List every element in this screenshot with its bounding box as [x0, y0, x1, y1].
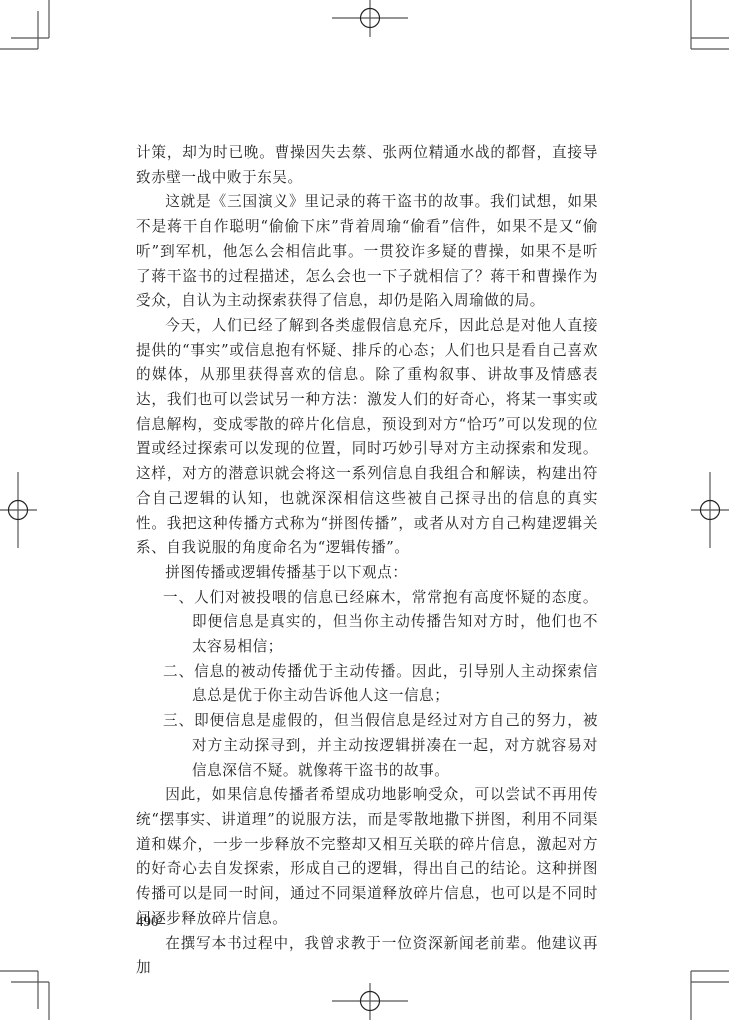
registration-mark-bottom-icon — [332, 983, 408, 1020]
paragraph: 这就是《三国演义》里记录的蒋干盗书的故事。我们试想，如果不是蒋干自作聪明“偷偷下… — [136, 190, 598, 314]
paragraph: 计策，却为时已晚。曹操因失去蔡、张两位精通水战的都督，直接导致赤壁一战中败于东吴… — [136, 141, 598, 190]
numbered-list: 一、人们对被投喂的信息已经麻木，常常抱有高度怀疑的态度。即便信息是真实的，但当你… — [136, 586, 598, 784]
paragraph: 因此，如果信息传播者希望成功地影响受众，可以尝试不再用传统“摆事实、讲道理”的说… — [136, 783, 598, 931]
crop-mark-top-left-icon — [0, 0, 49, 49]
list-item-text: 信息的被动传播优于主动传播。因此，引导别人主动探索信息总是优于你主动告诉他人这一… — [192, 663, 598, 705]
paragraph: 在撰写本书过程中，我曾求教于一位资深新闻老前辈。他建议再加 — [136, 932, 598, 981]
list-item-text: 人们对被投喂的信息已经麻木，常常抱有高度怀疑的态度。即便信息是真实的，但当你主动… — [192, 589, 598, 655]
list-item-number: 一、 — [163, 589, 194, 606]
list-item: 一、人们对被投喂的信息已经麻木，常常抱有高度怀疑的态度。即便信息是真实的，但当你… — [136, 586, 598, 660]
registration-mark-right-icon — [691, 472, 729, 548]
list-item-text: 即便信息是虚假的，但当假信息是经过对方自己的努力，被对方主动探寻到，并主动按逻辑… — [192, 712, 598, 778]
registration-mark-top-icon — [332, 0, 408, 37]
crop-mark-bottom-right-icon — [691, 971, 729, 1020]
list-item-number: 二、 — [163, 663, 194, 680]
registration-mark-left-icon — [0, 472, 37, 548]
page-body: 计策，却为时已晚。曹操因失去蔡、张两位精通水战的都督，直接导致赤壁一战中败于东吴… — [136, 141, 598, 981]
page-number: 490 — [136, 914, 159, 931]
list-item-number: 三、 — [163, 712, 194, 729]
crop-mark-bottom-left-icon — [0, 971, 49, 1020]
paragraph: 拼图传播或逻辑传播基于以下观点： — [136, 561, 598, 586]
list-item: 三、即便信息是虚假的，但当假信息是经过对方自己的努力，被对方主动探寻到，并主动按… — [136, 709, 598, 783]
list-item: 二、信息的被动传播优于主动传播。因此，引导别人主动探索信息总是优于你主动告诉他人… — [136, 660, 598, 709]
paragraph: 今天，人们已经了解到各类虚假信息充斥，因此总是对他人直接提供的“事实”或信息抱有… — [136, 314, 598, 561]
crop-mark-top-right-icon — [691, 0, 729, 49]
